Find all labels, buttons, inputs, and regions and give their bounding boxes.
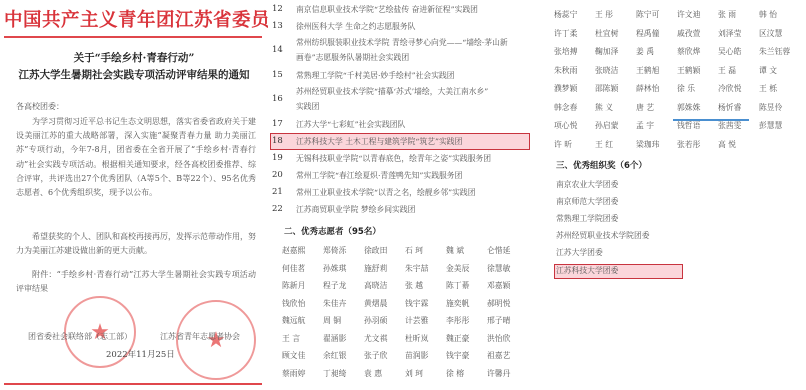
volunteer-name: 许 昕: [554, 139, 572, 150]
volunteer-name: 张 越: [405, 280, 423, 291]
volunteer-name: 孙姝琪: [323, 263, 346, 274]
org-award-item: 常熟理工学院团委: [556, 213, 618, 224]
footer-red-rule: [4, 383, 262, 385]
team-name-line1: 常州纺织服装职业技术学院 青绘寻梦心向党——“墙绘·茅山新: [296, 37, 508, 48]
volunteer-name: 许文迪: [677, 9, 700, 20]
volunteer-name: 唐 艺: [636, 102, 654, 113]
org-award-item: 南京师范大学团委: [556, 196, 618, 207]
notice-date: 2022年11月25日: [106, 348, 175, 360]
org-award-item-highlighted: 江苏科技大学团委: [556, 265, 618, 276]
volunteer-name: 薛林怡: [636, 83, 659, 94]
signature-left: 团省委社会联络部（志工部）: [28, 331, 132, 342]
team-number: 14: [272, 45, 288, 55]
team-name-line2: 实践团: [296, 101, 319, 112]
volunteer-name: 朱佳卉: [323, 298, 346, 309]
volunteer-name: 韩念春: [554, 102, 577, 113]
volunteer-name: 刘泽莹: [718, 28, 741, 39]
volunteer-name: 尤文祺: [364, 333, 387, 344]
volunteer-name: 孟 宇: [636, 120, 654, 131]
volunteer-name: 徐政田: [364, 245, 387, 256]
team-number: 12: [272, 4, 288, 14]
volunteer-name: 区汶慧: [759, 28, 782, 39]
team-number: 21: [272, 187, 288, 197]
volunteer-name: 姜 禹: [636, 46, 654, 57]
volunteer-name: 施奕帆: [446, 298, 469, 309]
volunteer-name: 徐 乐: [677, 83, 695, 94]
team-row: 14 常州纺织服装职业技术学院 青绘寻梦心向党——“墙绘·茅山新 画卷”志愿服务…: [272, 37, 532, 67]
results-page-right: 杨蕊宁王 彤陈宁可许文迪张 雨韩 怡许丁柔杜宜树程禹僮戚孜萱刘泽莹区汶慧张培搏鞠…: [536, 0, 806, 390]
volunteer-name: 钱宇豪: [446, 350, 469, 361]
volunteer-name: 许馨丹: [487, 368, 510, 379]
team-number: 15: [272, 70, 288, 80]
volunteer-name: 王 栎: [759, 83, 777, 94]
volunteer-name: 魏正豪: [446, 333, 469, 344]
team-row: 16 苏州经贸职业技术学院“描摹‘苏式’墙绘，大美江南水乡” 实践团: [272, 86, 532, 116]
volunteer-name: 张子欣: [364, 350, 387, 361]
volunteer-name: 刘 珂: [405, 368, 423, 379]
volunteers-heading: 二、优秀志愿者（95名）: [284, 225, 381, 237]
body-paragraph-1: 为学习贯彻习近平总书记生态文明思想，落实省委省政府关于建设美丽江苏的重大战略部署…: [16, 115, 256, 200]
volunteer-name: 王鹤颖: [677, 65, 700, 76]
volunteer-name: 朱秋雨: [554, 65, 577, 76]
team-name: 江苏大学“七彩虹”社会实践团队: [296, 119, 405, 130]
volunteer-name: 许丁柔: [554, 28, 577, 39]
body-paragraph-2: 希望获奖的个人、团队和高校再接再厉，发挥示范带动作用，努力为美丽江苏建设做出新的…: [16, 230, 256, 258]
volunteer-name: 杨忻睿: [718, 102, 741, 113]
volunteer-name: 郭姝姝: [677, 102, 700, 113]
team-number: 19: [272, 153, 288, 163]
volunteer-name: 魏 斌: [446, 245, 464, 256]
attachment-note: 附件：“手绘乡村·青春行动”江苏大学生暑期社会实践专项活动评审结果: [16, 268, 256, 296]
volunteer-name: 洪怡欣: [487, 333, 510, 344]
team-number: 18: [272, 136, 288, 146]
volunteer-name: 王 言: [282, 333, 300, 344]
volunteer-name: 王 彤: [595, 9, 613, 20]
team-number: 20: [272, 170, 288, 180]
volunteer-name: 孙启蒙: [595, 120, 618, 131]
org-award-heading: 三、优秀组织奖（6个）: [556, 159, 647, 171]
volunteer-name: 戚孜萱: [677, 28, 700, 39]
volunteer-name: 张 雨: [718, 9, 736, 20]
volunteer-name: 祖嘉艺: [487, 350, 510, 361]
volunteer-name: 王 红: [595, 139, 613, 150]
volunteer-name: 陈丁綦: [446, 280, 469, 291]
volunteer-name: 赵嘉熙: [282, 245, 305, 256]
volunteer-name: 杜昕岚: [405, 333, 428, 344]
results-page-middle: 12 南京信息职业技术学院“艺绘盐传 奋进新征程”实践团 13 徐州医科大学 生…: [268, 0, 536, 390]
team-name: 无锡科技职业学院“以青春底色，绘青年之姿”实践服务团: [296, 153, 491, 164]
org-award-item: 南京农业大学团委: [556, 179, 618, 190]
volunteer-name: 杜宜树: [595, 28, 618, 39]
volunteer-name: 魏远航: [282, 315, 305, 326]
volunteer-name: 朱兰钰蓉: [759, 46, 790, 57]
volunteer-name: 顾文佳: [282, 350, 305, 361]
team-name: 江苏商贸职业学院 梦绘乡间实践团: [296, 204, 415, 215]
volunteer-name: 余红银: [323, 350, 346, 361]
volunteer-name: 蔡欣烨: [677, 46, 700, 57]
team-name: 常州工学院“春江绘夏炽·青莲鸭先知”实践服务团: [296, 170, 462, 181]
volunteer-name: 孙羽硕: [364, 315, 387, 326]
volunteer-name: 袁 惠: [364, 368, 382, 379]
volunteer-name: 邢子晴: [487, 315, 510, 326]
volunteer-name: 施舒莉: [364, 263, 387, 274]
volunteer-name: 苗润影: [405, 350, 428, 361]
notice-title-line1: 关于“手绘乡村·青春行动”: [0, 50, 268, 65]
team-name: 江苏科技大学 土木工程与建筑学院“筑艺”实践团: [296, 136, 462, 147]
team-name-line1: 苏州经贸职业技术学院“描摹‘苏式’墙绘，大美江南水乡”: [296, 86, 488, 97]
team-name: 常熟理工学院“千村美居·妙手绘村”社会实践团: [296, 70, 455, 81]
volunteer-name: 黄熠晨: [364, 298, 387, 309]
org-letterhead-title: 中国共产主义青年团江苏省委员会: [4, 6, 266, 32]
volunteer-name: 熊 义: [595, 102, 613, 113]
volunteer-name: 张培搏: [554, 46, 577, 57]
team-number: 17: [272, 119, 288, 129]
signature-right: 江苏省青年志愿者协会: [160, 331, 240, 342]
volunteer-name: 陈昱伶: [759, 102, 782, 113]
volunteer-name: 程子龙: [323, 280, 346, 291]
org-award-item: 苏州经贸职业技术学院团委: [556, 230, 650, 241]
volunteer-name: 梁珈玮: [636, 139, 659, 150]
volunteer-name: 徐 榕: [446, 368, 464, 379]
volunteer-name: 张晓洁: [595, 65, 618, 76]
volunteer-name: 徐慧敏: [487, 263, 510, 274]
volunteer-name: 翟涵影: [323, 333, 346, 344]
salutation: 各高校团委：: [16, 101, 64, 112]
team-name-line2: 画卷”志愿服务队暑期社会实践团: [296, 52, 409, 63]
volunteer-name: 仑惜延: [487, 245, 510, 256]
volunteer-name: 周 铜: [323, 315, 341, 326]
volunteer-name: 邵陈颖: [595, 83, 618, 94]
letterhead-red-rule: [4, 36, 262, 38]
volunteer-name: 吴心皓: [718, 46, 741, 57]
notice-title-line2: 江苏大学生暑期社会实践专项活动评审结果的通知: [0, 67, 268, 82]
volunteer-name: 鞠加泽: [595, 46, 618, 57]
org-award-item: 江苏大学团委: [556, 247, 603, 258]
team-name: 南京信息职业技术学院“艺绘盐传 奋进新征程”实践团: [296, 4, 478, 15]
volunteer-name: 张茜雯: [718, 120, 741, 131]
volunteer-name: 高 悦: [718, 139, 736, 150]
volunteer-name: 高晓洁: [364, 280, 387, 291]
volunteer-name: 杨蕊宁: [554, 9, 577, 20]
volunteer-name: 丁昶绮: [323, 368, 346, 379]
volunteer-name: 钱哲语: [677, 120, 700, 131]
notice-page: 中国共产主义青年团江苏省委员会 关于“手绘乡村·青春行动” 江苏大学生暑期社会实…: [0, 0, 268, 390]
team-name: 徐州医科大学 生命之约志愿服务队: [296, 21, 415, 32]
volunteer-name: 计芸雅: [405, 315, 428, 326]
volunteer-name: 钱欣怡: [282, 298, 305, 309]
volunteer-name: 韩 怡: [759, 9, 777, 20]
volunteer-name: 朱宇喆: [405, 263, 428, 274]
volunteer-name: 郝明悦: [487, 298, 510, 309]
volunteer-name: 陈宁可: [636, 9, 659, 20]
volunteer-name: 石 珂: [405, 245, 423, 256]
team-number: 16: [272, 94, 288, 104]
volunteer-name: 陈新月: [282, 280, 305, 291]
volunteer-name: 项心悦: [554, 120, 577, 131]
team-number: 22: [272, 204, 288, 214]
volunteer-name: 王鹤旭: [636, 65, 659, 76]
volunteer-name: 谭 文: [759, 65, 777, 76]
volunteer-name: 程禹僮: [636, 28, 659, 39]
volunteer-name: 钱宇霖: [405, 298, 428, 309]
volunteer-name: 郑倚泺: [323, 245, 346, 256]
volunteer-name: 冷欣悦: [718, 83, 741, 94]
volunteer-name: 金美辰: [446, 263, 469, 274]
volunteer-name: 濮梦颖: [554, 83, 577, 94]
volunteer-name: 何佳茗: [282, 263, 305, 274]
team-number: 13: [272, 21, 288, 31]
blue-underline-annotation: [673, 119, 749, 121]
volunteer-name: 王 磊: [718, 65, 736, 76]
volunteer-name: 彭慧慧: [759, 120, 782, 131]
volunteer-name: 蔡雨婷: [282, 368, 305, 379]
volunteer-name: 张若彤: [677, 139, 700, 150]
volunteer-name: 邓嘉颖: [487, 280, 510, 291]
volunteer-name: 李彤彤: [446, 315, 469, 326]
team-name: 常州工业职业技术学院“以青之名，绘靓乡邻”实践团: [296, 187, 476, 198]
